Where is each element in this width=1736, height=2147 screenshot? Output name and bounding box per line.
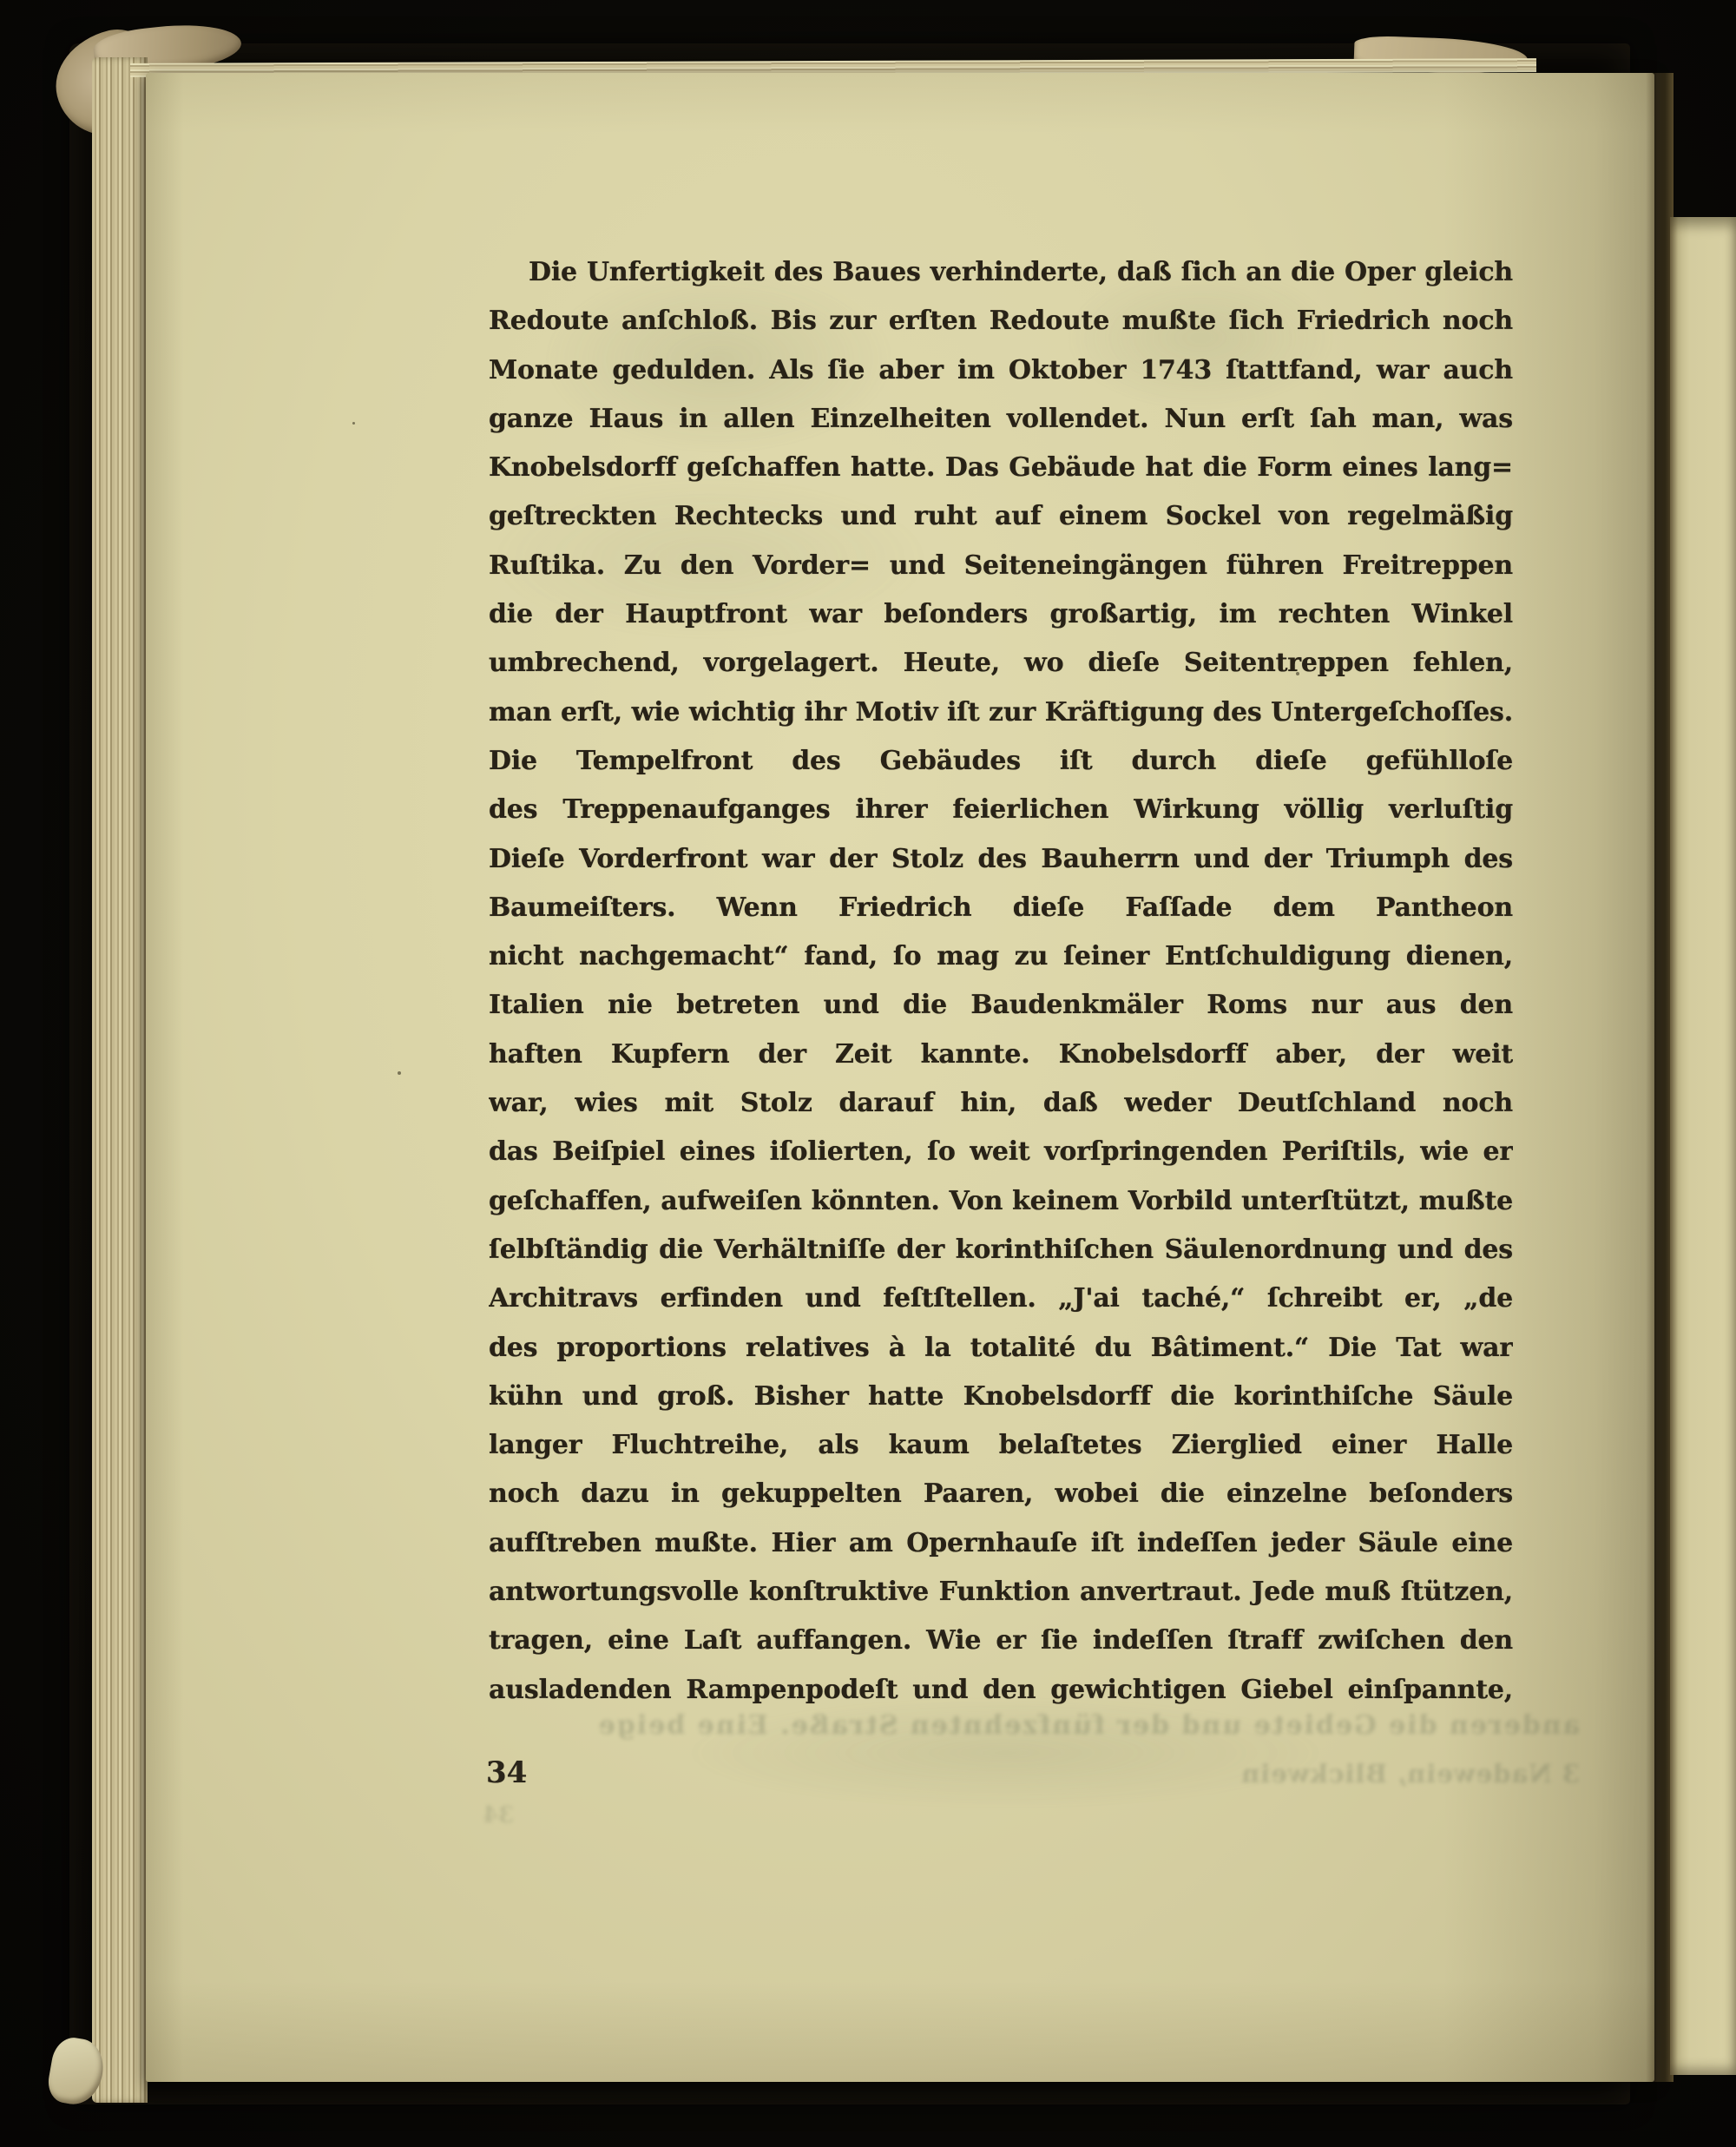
showthrough-text: 3 Nadewein, Blickwein bbox=[1024, 1759, 1580, 1788]
text-line: Ruſtika. Zu den Vorder= und Seiteneingän… bbox=[489, 542, 1513, 590]
text-line: die der Hauptfront war beſonders großart… bbox=[489, 590, 1513, 639]
text-line: aufſtreben mußte. Hier am Opernhauſe iſt… bbox=[489, 1519, 1513, 1568]
text-line: Baumeiſters. Wenn Friedrich dieſe Faſſad… bbox=[489, 884, 1513, 932]
text-line: nicht nachgemacht“ fand, ſo mag zu ſeine… bbox=[489, 932, 1513, 981]
text-line: geſchaffen, aufweiſen könnten. Von keine… bbox=[489, 1177, 1513, 1226]
paper-speck bbox=[352, 422, 355, 425]
text-line: man erſt, wie wichtig ihr Motiv iſt zur … bbox=[489, 688, 1513, 737]
body-text: Die Unfertigkeit des Baues verhinderte, … bbox=[489, 248, 1513, 1715]
text-line: des Treppenaufganges ihrer feierlichen W… bbox=[489, 786, 1513, 834]
text-line: ſelbſtändig die Verhältniſſe der korinth… bbox=[489, 1226, 1513, 1274]
text-line: antwortungsvolle konſtruktive Funktion a… bbox=[489, 1568, 1513, 1617]
text-line: Die Unfertigkeit des Baues verhinderte, … bbox=[489, 248, 1513, 297]
text-line: geſtreckten Rechtecks und ruht auf einem… bbox=[489, 492, 1513, 541]
showthrough-page-number: 34 bbox=[483, 1802, 514, 1828]
text-line: Die Tempelfront des Gebäudes iſt durch d… bbox=[489, 737, 1513, 786]
page-edge-stack bbox=[92, 57, 148, 2103]
scan-background: Die Unfertigkeit des Baues verhinderte, … bbox=[0, 0, 1736, 2147]
text-line: Dieſe Vorderfront war der Stolz des Bauh… bbox=[489, 835, 1513, 884]
page-number: 34 bbox=[486, 1755, 527, 1790]
text-line: Monate gedulden. Als ſie aber im Oktober… bbox=[489, 346, 1513, 395]
text-line: Italien nie betreten und die Baudenkmäle… bbox=[489, 981, 1513, 1030]
text-line: Redoute anſchloß. Bis zur erſten Redoute… bbox=[489, 297, 1513, 346]
text-line: des proportions relatives à la totalité … bbox=[489, 1324, 1513, 1373]
text-line: langer Fluchtreihe, als kaum belaſtetes … bbox=[489, 1421, 1513, 1470]
text-line: noch dazu in gekuppelten Paaren, wobei d… bbox=[489, 1470, 1513, 1518]
text-line: ganze Haus in allen Einzelheiten vollend… bbox=[489, 395, 1513, 444]
facing-page-sliver bbox=[1670, 217, 1736, 2075]
text-line: Knobelsdorff geſchaffen hatte. Das Gebäu… bbox=[489, 444, 1513, 492]
text-line: war, wies mit Stolz darauf hin, daß wede… bbox=[489, 1079, 1513, 1128]
text-line: umbrechend, vorgelagert. Heute, wo dieſe… bbox=[489, 639, 1513, 688]
showthrough-text: anderen die Gebiete und der fünfzehnten … bbox=[599, 1710, 1580, 1741]
text-line: tragen, eine Laſt auffangen. Wie er ſie … bbox=[489, 1617, 1513, 1665]
text-line: Architravs erfinden und feſtſtellen. „J'… bbox=[489, 1274, 1513, 1323]
text-line: haften Kupfern der Zeit kannte. Knobelsd… bbox=[489, 1031, 1513, 1079]
text-line: ausladenden Rampenpodeſt und den gewicht… bbox=[489, 1666, 1513, 1715]
text-line: das Beiſpiel eines iſolierten, ſo weit v… bbox=[489, 1128, 1513, 1176]
book-page: Die Unfertigkeit des Baues verhinderte, … bbox=[146, 73, 1654, 2082]
paper-speck bbox=[398, 1071, 401, 1075]
text-line: kühn und groß. Bisher hatte Knobelsdorff… bbox=[489, 1373, 1513, 1421]
